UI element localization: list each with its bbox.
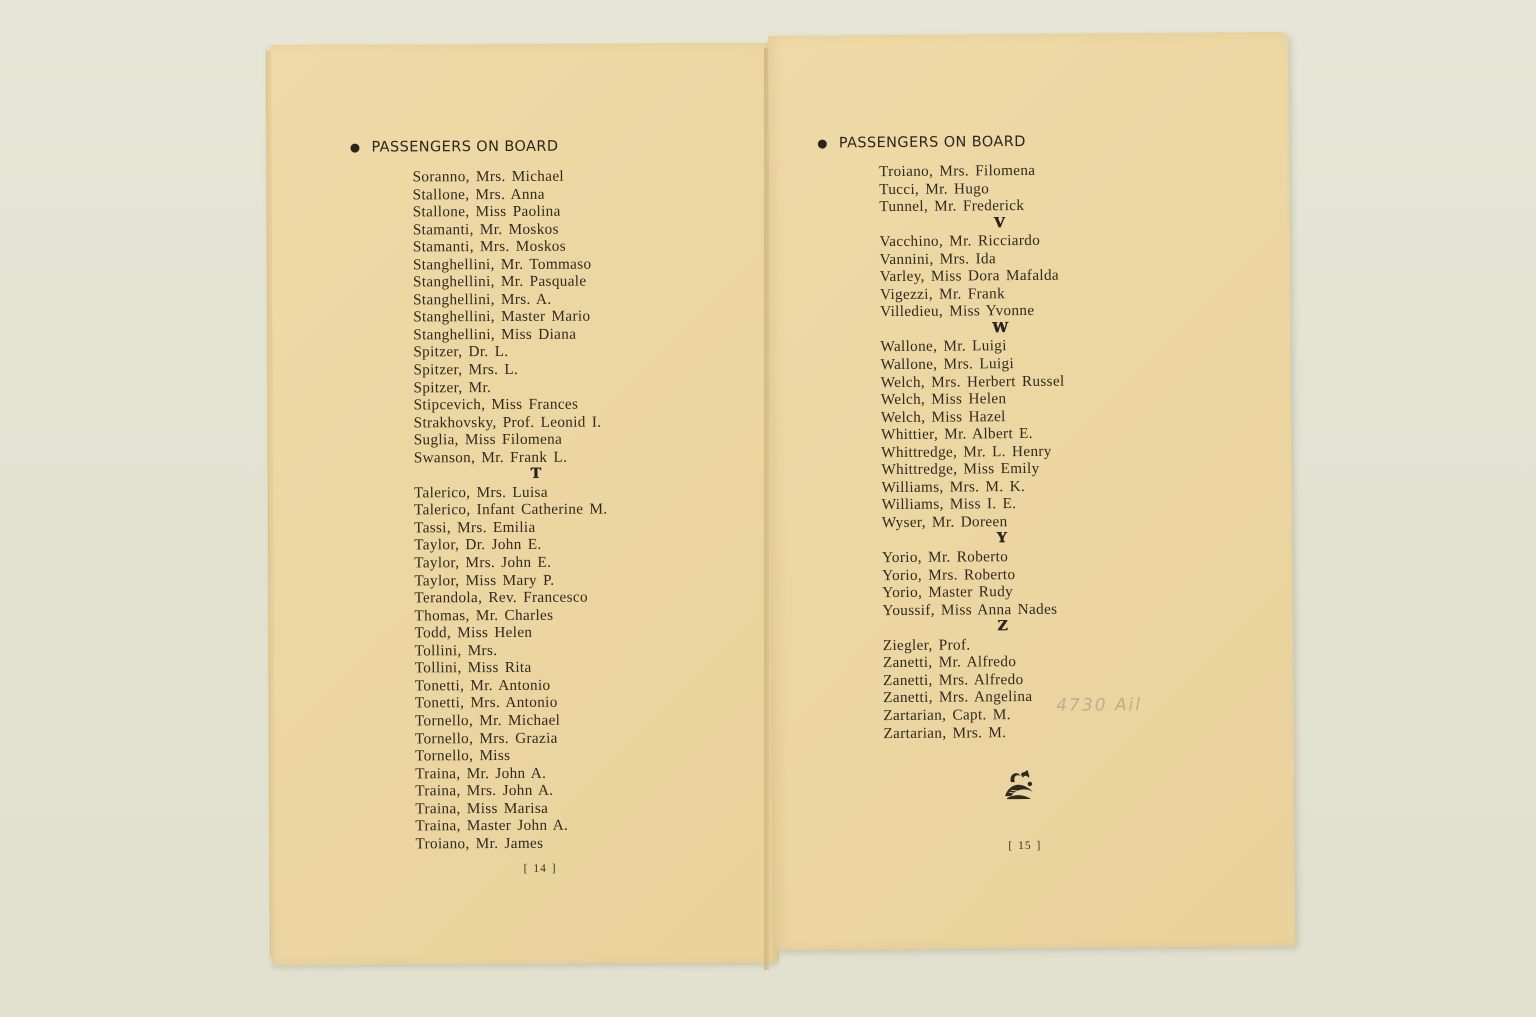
passenger-entry: Traina, Mr. John A. — [415, 764, 655, 783]
passenger-entry: Talerico, Infant Catherine M. — [414, 501, 654, 520]
passenger-entry: Tornello, Mrs. Grazia — [415, 729, 655, 748]
passenger-entry: Vannini, Mrs. Ida — [880, 249, 1120, 268]
passenger-entry: Strakhovsky, Prof. Leonid I. — [414, 413, 654, 432]
passenger-entry: Suglia, Miss Filomena — [414, 431, 654, 450]
passenger-entry: Stipcevich, Miss Frances — [414, 395, 654, 414]
passenger-entry: Yorio, Master Rudy — [882, 582, 1122, 601]
right-page-heading: PASSENGERS ON BOARD — [818, 134, 1026, 152]
passenger-list-left: Soranno, Mrs. MichaelStallone, Mrs. Anna… — [413, 167, 656, 852]
passenger-entry: Whittredge, Mr. L. Henry — [881, 442, 1121, 461]
passenger-entry: Youssif, Miss Anna Nades — [882, 600, 1122, 619]
passenger-entry: Tonetti, Mr. Antonio — [415, 676, 655, 695]
heading-text: PASSENGERS ON BOARD — [839, 134, 1026, 151]
passenger-entry: Williams, Miss I. E. — [882, 495, 1122, 514]
passenger-entry: Tunnel, Mr. Frederick — [879, 196, 1119, 215]
passenger-entry: Whittier, Mr. Albert E. — [881, 424, 1121, 443]
passenger-entry: Soranno, Mrs. Michael — [413, 167, 653, 186]
passenger-entry: Traina, Master John A. — [415, 817, 655, 836]
passenger-entry: Williams, Mrs. M. K. — [881, 477, 1121, 496]
page-number-right: [ 15 ] — [1008, 840, 1041, 852]
passenger-entry: Traina, Mrs. John A. — [415, 781, 655, 800]
passenger-entry: Welch, Mrs. Herbert Russel — [881, 372, 1121, 391]
passenger-entry: Traina, Miss Marisa — [415, 799, 655, 818]
passenger-entry: Spitzer, Mrs. L. — [413, 360, 653, 379]
passenger-entry: Wyser, Mr. Doreen — [882, 512, 1122, 531]
passenger-entry: Spitzer, Mr. — [413, 378, 653, 397]
passenger-entry: Swanson, Mr. Frank L. — [414, 448, 654, 467]
section-letter: V — [879, 214, 1119, 233]
passenger-entry: Vacchino, Mr. Ricciardo — [880, 231, 1120, 250]
passenger-entry: Stanghellini, Mr. Tommaso — [413, 255, 653, 274]
passenger-entry: Zartarian, Mrs. M. — [883, 723, 1123, 742]
passenger-entry: Stanghellini, Mrs. A. — [413, 290, 653, 309]
passenger-entry: Yorio, Mrs. Roberto — [882, 565, 1122, 584]
left-page-heading: PASSENGERS ON BOARD — [350, 139, 558, 156]
passenger-entry: Welch, Miss Helen — [881, 389, 1121, 408]
passenger-entry: Tollini, Mrs. — [415, 641, 655, 660]
handwritten-pencil-note: 4730 Ail — [1056, 695, 1142, 716]
bullet-icon — [818, 139, 827, 148]
passenger-entry: Tucci, Mr. Hugo — [879, 179, 1119, 198]
passenger-entry: Taylor, Mrs. John E. — [414, 553, 654, 572]
section-letter: Z — [883, 617, 1123, 636]
fleuron-ornament-icon — [999, 766, 1039, 802]
passenger-entry: Zanetti, Mrs. Alfredo — [883, 670, 1123, 689]
passenger-entry: Stanghellini, Mr. Pasquale — [413, 273, 653, 292]
passenger-entry: Stanghellini, Miss Diana — [413, 325, 653, 344]
heading-text: PASSENGERS ON BOARD — [371, 139, 558, 156]
passenger-entry: Varley, Miss Dora Mafalda — [880, 267, 1120, 286]
passenger-entry: Stallone, Miss Paolina — [413, 202, 653, 221]
page-number-left: [ 14 ] — [524, 863, 557, 875]
left-page: PASSENGERS ON BOARD Soranno, Mrs. Michae… — [270, 43, 779, 965]
passenger-entry: Talerico, Mrs. Luisa — [414, 483, 654, 502]
passenger-entry: Wallone, Mrs. Luigi — [881, 354, 1121, 373]
passenger-entry: Taylor, Dr. John E. — [414, 536, 654, 555]
section-letter: T — [414, 466, 658, 485]
passenger-entry: Terandola, Rev. Francesco — [414, 588, 654, 607]
right-page: PASSENGERS ON BOARD Troiano, Mrs. Filome… — [768, 32, 1295, 950]
passenger-entry: Wallone, Mr. Luigi — [880, 337, 1120, 356]
passenger-entry: Taylor, Miss Mary P. — [414, 571, 654, 590]
passenger-entry: Tornello, Mr. Michael — [415, 711, 655, 730]
passenger-entry: Whittredge, Miss Emily — [881, 460, 1121, 479]
passenger-entry: Spitzer, Dr. L. — [413, 343, 653, 362]
passenger-entry: Tonetti, Mrs. Antonio — [415, 694, 655, 713]
passenger-list-right: Troiano, Mrs. FilomenaTucci, Mr. HugoTun… — [879, 161, 1124, 742]
passenger-entry: Thomas, Mr. Charles — [414, 606, 654, 625]
passenger-entry: Stamanti, Mrs. Moskos — [413, 238, 653, 257]
section-letter: W — [880, 319, 1120, 338]
passenger-entry: Stamanti, Mr. Moskos — [413, 220, 653, 239]
passenger-entry: Todd, Miss Helen — [415, 624, 655, 643]
passenger-entry: Troiano, Mrs. Filomena — [879, 161, 1119, 180]
passenger-entry: Vigezzi, Mr. Frank — [880, 284, 1120, 303]
passenger-entry: Stallone, Mrs. Anna — [413, 185, 653, 204]
passenger-entry: Tassi, Mrs. Emilia — [414, 518, 654, 537]
section-letter: Y — [882, 530, 1122, 549]
passenger-entry: Yorio, Mr. Roberto — [882, 547, 1122, 566]
passenger-entry: Ziegler, Prof. — [883, 635, 1123, 654]
passenger-entry: Tornello, Miss — [415, 746, 655, 765]
passenger-entry: Zanetti, Mr. Alfredo — [883, 653, 1123, 672]
page-stack-edge — [266, 51, 275, 956]
passenger-entry: Troiano, Mr. James — [415, 834, 655, 853]
passenger-entry: Tollini, Miss Rita — [415, 659, 655, 678]
bullet-icon — [350, 143, 359, 152]
passenger-entry: Villedieu, Miss Yvonne — [880, 302, 1120, 321]
passenger-entry: Stanghellini, Master Mario — [413, 308, 653, 327]
passenger-entry: Welch, Miss Hazel — [881, 407, 1121, 426]
photo-background: PASSENGERS ON BOARD Soranno, Mrs. Michae… — [0, 0, 1536, 1017]
